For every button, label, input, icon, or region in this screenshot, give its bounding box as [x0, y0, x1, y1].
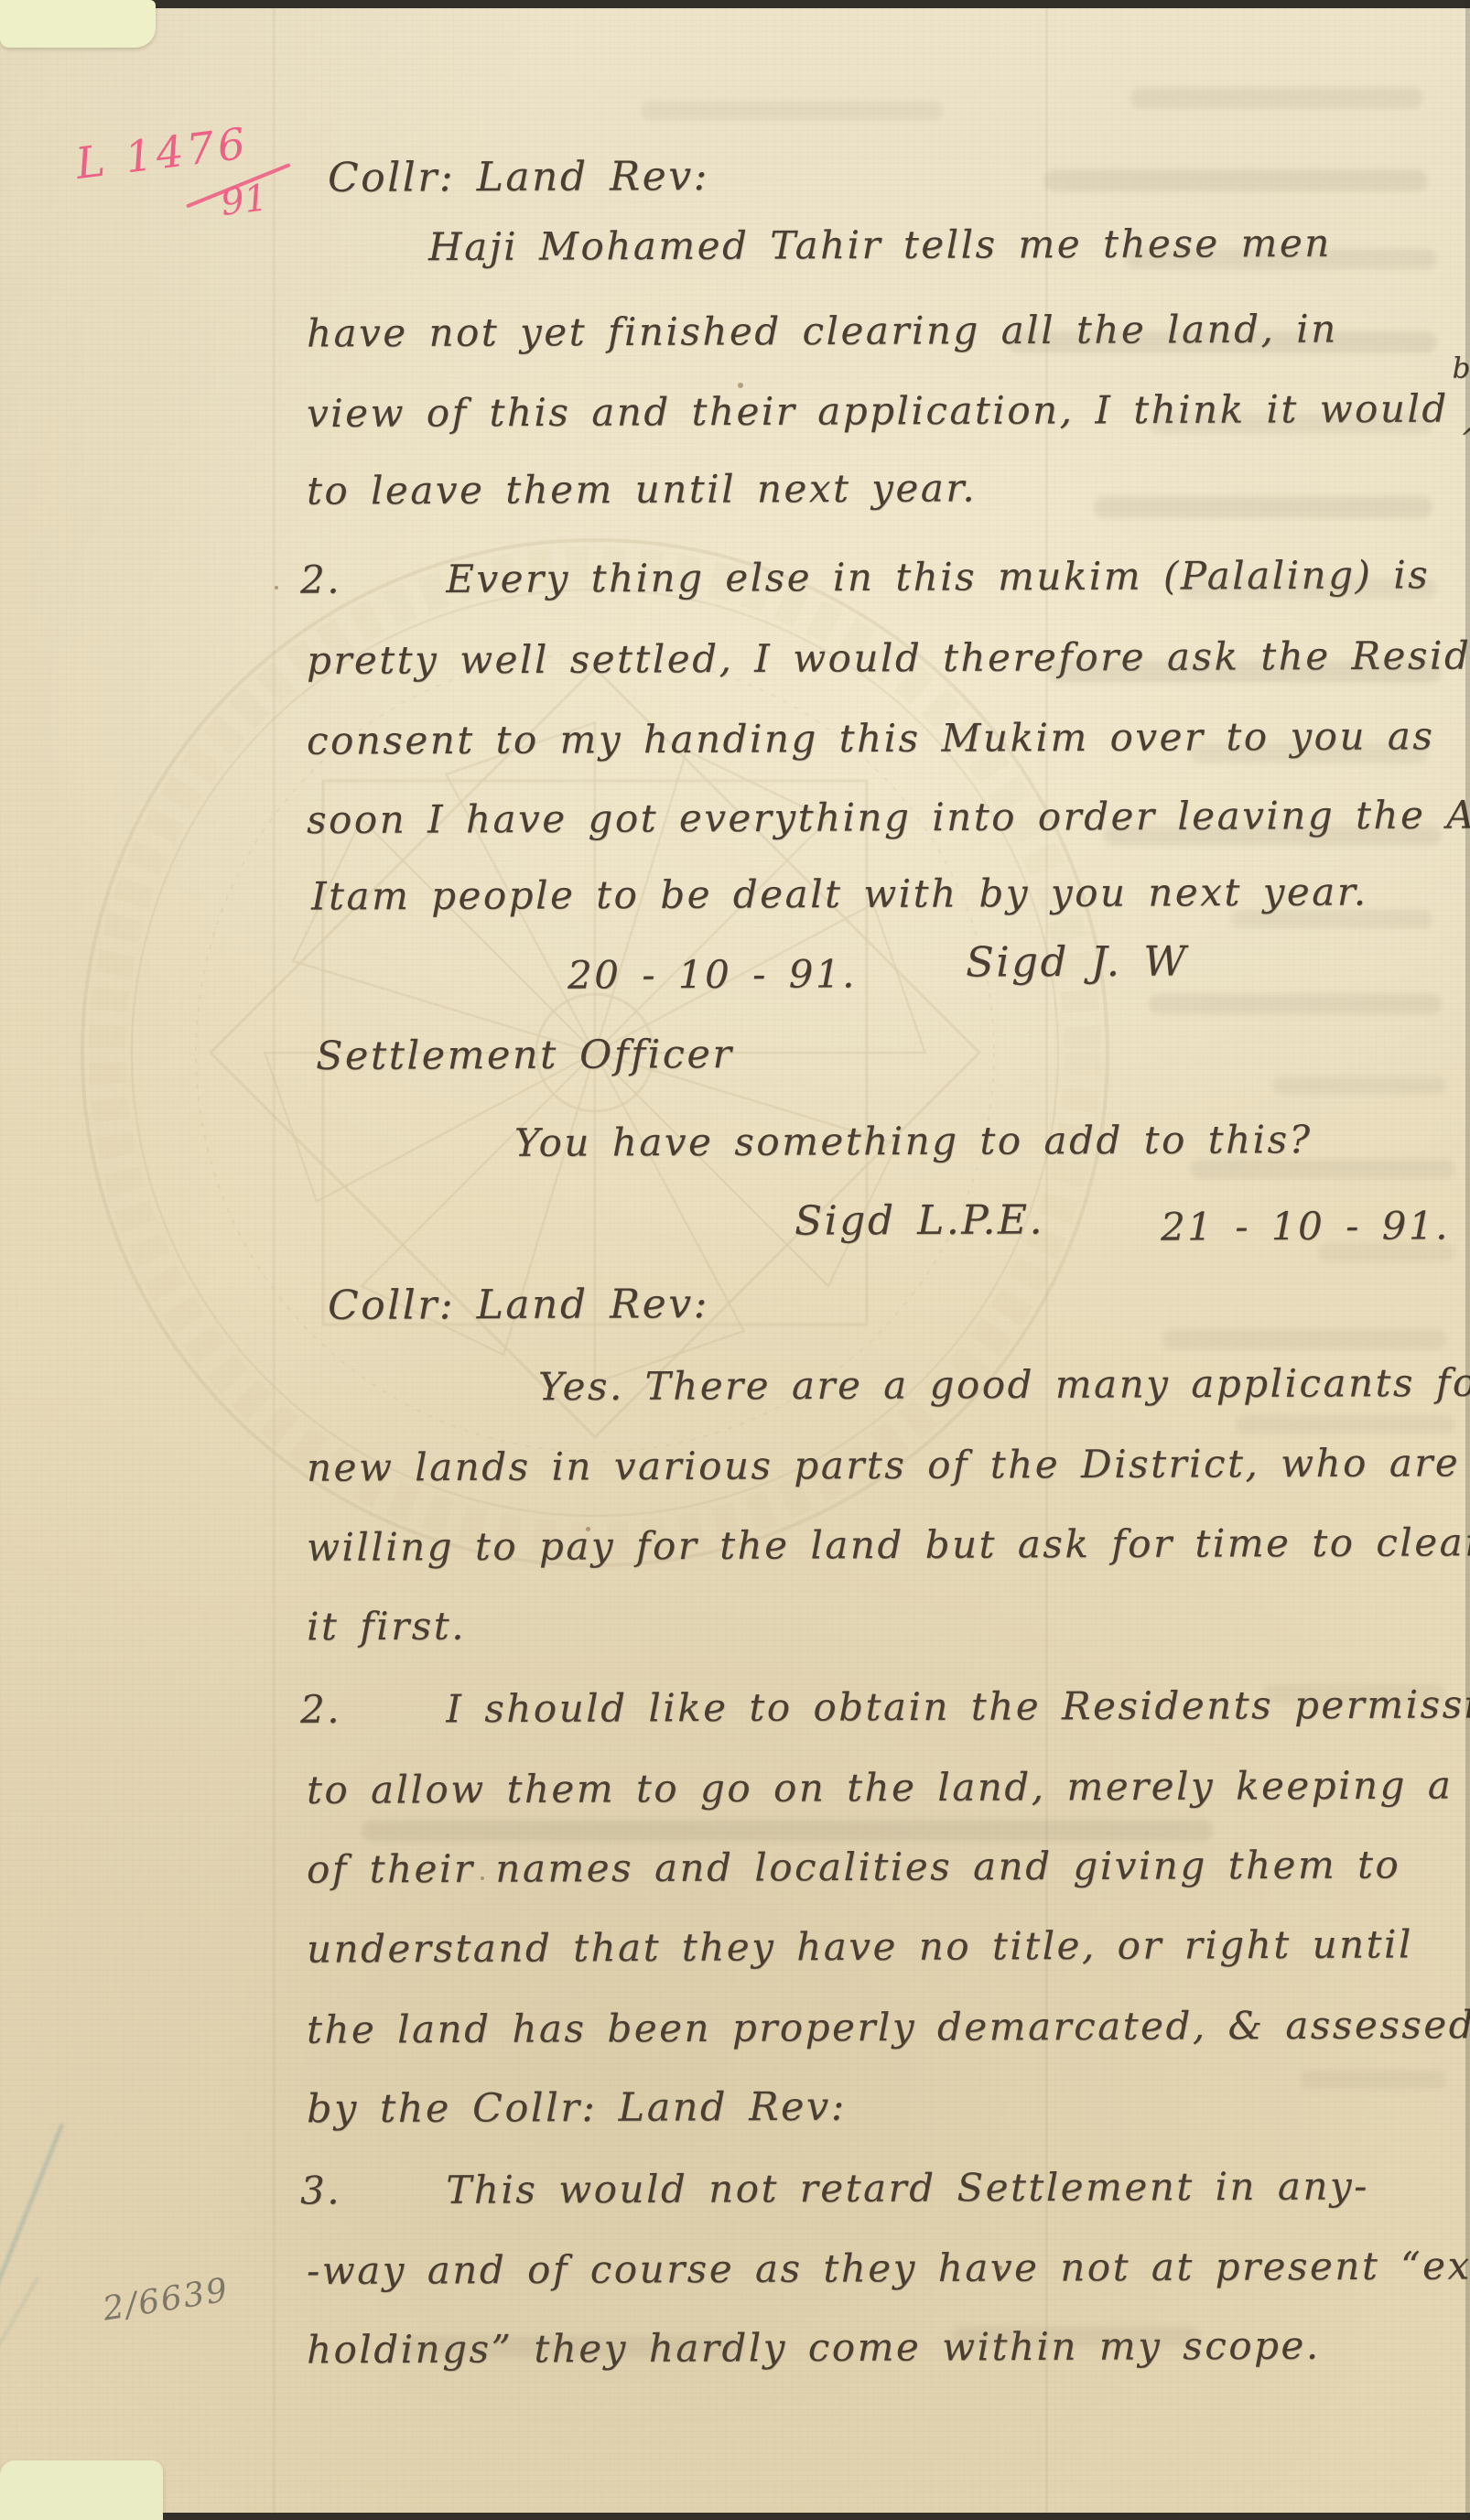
handwritten-line: to allow them to go on the land, merely … — [307, 1762, 1470, 1812]
handwritten-line: Collr: Land Rev: — [328, 1281, 709, 1329]
pencil-reference-number: 2/6639 — [101, 2271, 232, 2328]
handwritten-line: 2. I should like to obtain the Residents… — [300, 1682, 1470, 1732]
handwritten-line: Yes. There are a good many applicants fo… — [538, 1360, 1470, 1410]
handwritten-line: Haji Mohamed Tahir tells me these men — [428, 221, 1332, 269]
blue-crayon-mark — [0, 2277, 39, 2393]
bleedthrough-smudge — [1300, 2071, 1446, 2089]
bleedthrough-smudge — [362, 1820, 1213, 1842]
paper-fold-line — [273, 0, 276, 2520]
handwritten-line: holdings” they hardly come within my sco… — [307, 2323, 1321, 2373]
handwritten-line: 20 - 10 - 91. — [567, 951, 857, 997]
bleedthrough-smudge — [1272, 1076, 1446, 1095]
handwritten-line: Sigd L.P.E. — [794, 1196, 1044, 1244]
red-reference-bottom: 91 — [219, 177, 270, 224]
manuscript-page: Collr: Land Rev:Haji Mohamed Tahir tells… — [0, 0, 1470, 2520]
bleedthrough-smudge — [1149, 994, 1442, 1014]
handwritten-line: 21 - 10 - 91. — [1161, 1203, 1450, 1249]
scan-edge-top — [0, 0, 1470, 8]
scan-edge-bottom — [0, 2513, 1470, 2520]
paper-fold-line — [1045, 0, 1048, 2520]
handwritten-line: soon I have got everything into order le… — [307, 792, 1470, 842]
handwritten-line: consent to my handing this Mukim over to… — [307, 713, 1435, 762]
handwritten-line: Itam people to be dealt with by you next… — [311, 869, 1368, 918]
bleedthrough-smudge — [1236, 1415, 1455, 1433]
handwritten-line: understand that they have no title, or r… — [307, 1921, 1413, 1971]
handwritten-line: Settlement Officer — [316, 1032, 734, 1079]
handwritten-line: -way and of course as they have not at p… — [307, 2243, 1470, 2293]
handwritten-line: view of this and their application, I th… — [307, 385, 1470, 436]
handwritten-line: it first. — [307, 1604, 466, 1649]
bleedthrough-smudge — [1130, 87, 1423, 109]
handwritten-line: the land has been properly demarcated, &… — [307, 2002, 1470, 2052]
handwritten-line: of their names and localities and giving… — [307, 1842, 1400, 1891]
red-reference-top: L 1476 — [73, 118, 252, 189]
handwritten-line: to leave them until next year. — [307, 465, 977, 513]
blue-crayon-mark — [0, 2123, 64, 2307]
bleedthrough-smudge — [641, 101, 943, 121]
handwritten-line: willing to pay for the land but ask for … — [307, 1520, 1470, 1570]
bleedthrough-smudge — [1043, 169, 1428, 191]
scan-edge-right — [1465, 0, 1470, 2520]
handwritten-line: You have something to add to this? — [514, 1117, 1313, 1165]
handwritten-line: have not yet finished clearing all the l… — [307, 307, 1338, 356]
bleedthrough-smudge — [1094, 496, 1432, 518]
handwritten-line: Sigd J. W — [966, 936, 1188, 986]
paper-grain-texture — [0, 0, 1470, 2520]
ink-speck — [738, 383, 743, 388]
handwritten-line: pretty well settled, I would therefore a… — [307, 633, 1470, 683]
handwritten-line: 3. This would not retard Settlement in a… — [300, 2163, 1369, 2212]
bleedthrough-smudge — [1162, 1329, 1446, 1349]
handwritten-line: Collr: Land Rev: — [328, 153, 709, 201]
paper-tab-top-left — [0, 0, 156, 48]
handwritten-line: by the Collr: Land Rev: — [307, 2084, 847, 2133]
handwritten-line: 2. Every thing else in this mukim (Palal… — [300, 552, 1430, 601]
paper-tab-bottom-left — [0, 2461, 163, 2520]
handwritten-line: new lands in various parts of the Distri… — [307, 1440, 1460, 1489]
red-reference-number: L 1476 91 — [73, 111, 326, 276]
